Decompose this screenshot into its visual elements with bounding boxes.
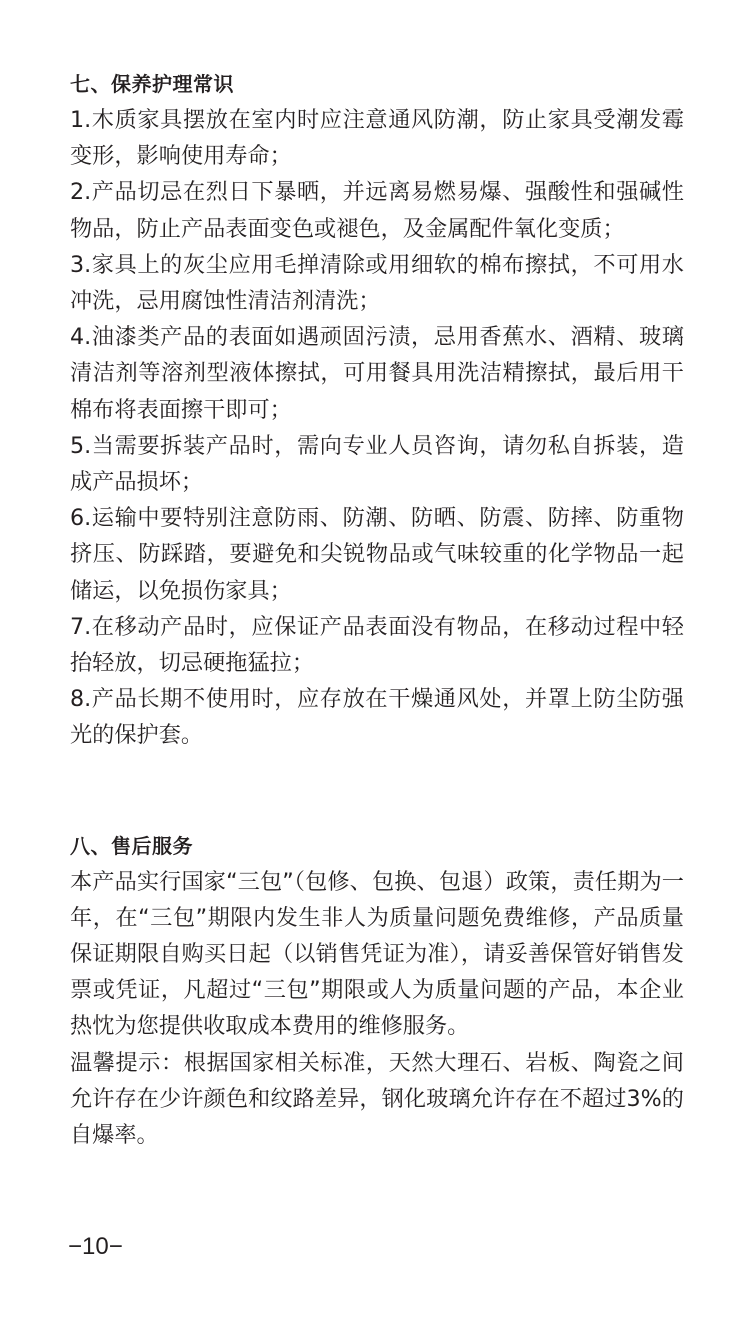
section-title-after-sales: 八、售后服务 [70, 828, 684, 864]
care-item-2: 2.产品切忌在烈日下暴晒，并远离易燃易爆、强酸性和强碱性物品，防止产品表面变色或… [70, 174, 684, 246]
care-item-1: 1.木质家具摆放在室内时应注意通风防潮，防止家具受潮发霉变形，影响使用寿命； [70, 102, 684, 174]
care-item-5: 5.当需要拆装产品时，需向专业人员咨询，请勿私自拆装，造成产品损坏； [70, 428, 684, 500]
section-title-care: 七、保养护理常识 [70, 66, 684, 102]
page-number: −10− [68, 1232, 123, 1262]
care-item-3: 3.家具上的灰尘应用毛掸清除或用细软的棉布擦拭，不可用水冲洗，忌用腐蚀性清洁剂清… [70, 247, 684, 319]
care-item-7: 7.在移动产品时，应保证产品表面没有物品，在移动过程中轻抬轻放，切忌硬拖猛拉； [70, 609, 684, 681]
manual-page: 七、保养护理常识 1.木质家具摆放在室内时应注意通风防潮，防止家具受潮发霉变形，… [70, 66, 684, 1153]
section-care-maintenance: 七、保养护理常识 1.木质家具摆放在室内时应注意通风防潮，防止家具受潮发霉变形，… [70, 66, 684, 754]
care-item-4: 4.油漆类产品的表面如遇顽固污渍，忌用香蕉水、酒精、玻璃清洁剂等溶剂型液体擦拭，… [70, 319, 684, 428]
care-item-6: 6.运输中要特别注意防雨、防潮、防晒、防震、防摔、防重物挤压、防踩踏，要避免和尖… [70, 500, 684, 609]
section-after-sales: 八、售后服务 本产品实行国家“三包”（包修、包换、包退）政策，责任期为一年，在“… [70, 828, 684, 1154]
warranty-policy-paragraph: 本产品实行国家“三包”（包修、包换、包退）政策，责任期为一年，在“三包”期限内发… [70, 864, 684, 1045]
warm-tip-paragraph: 温馨提示：根据国家相关标准，天然大理石、岩板、陶瓷之间允许存在少许颜色和纹路差异… [70, 1045, 684, 1154]
care-item-8: 8.产品长期不使用时，应存放在干燥通风处，并罩上防尘防强光的保护套。 [70, 681, 684, 753]
